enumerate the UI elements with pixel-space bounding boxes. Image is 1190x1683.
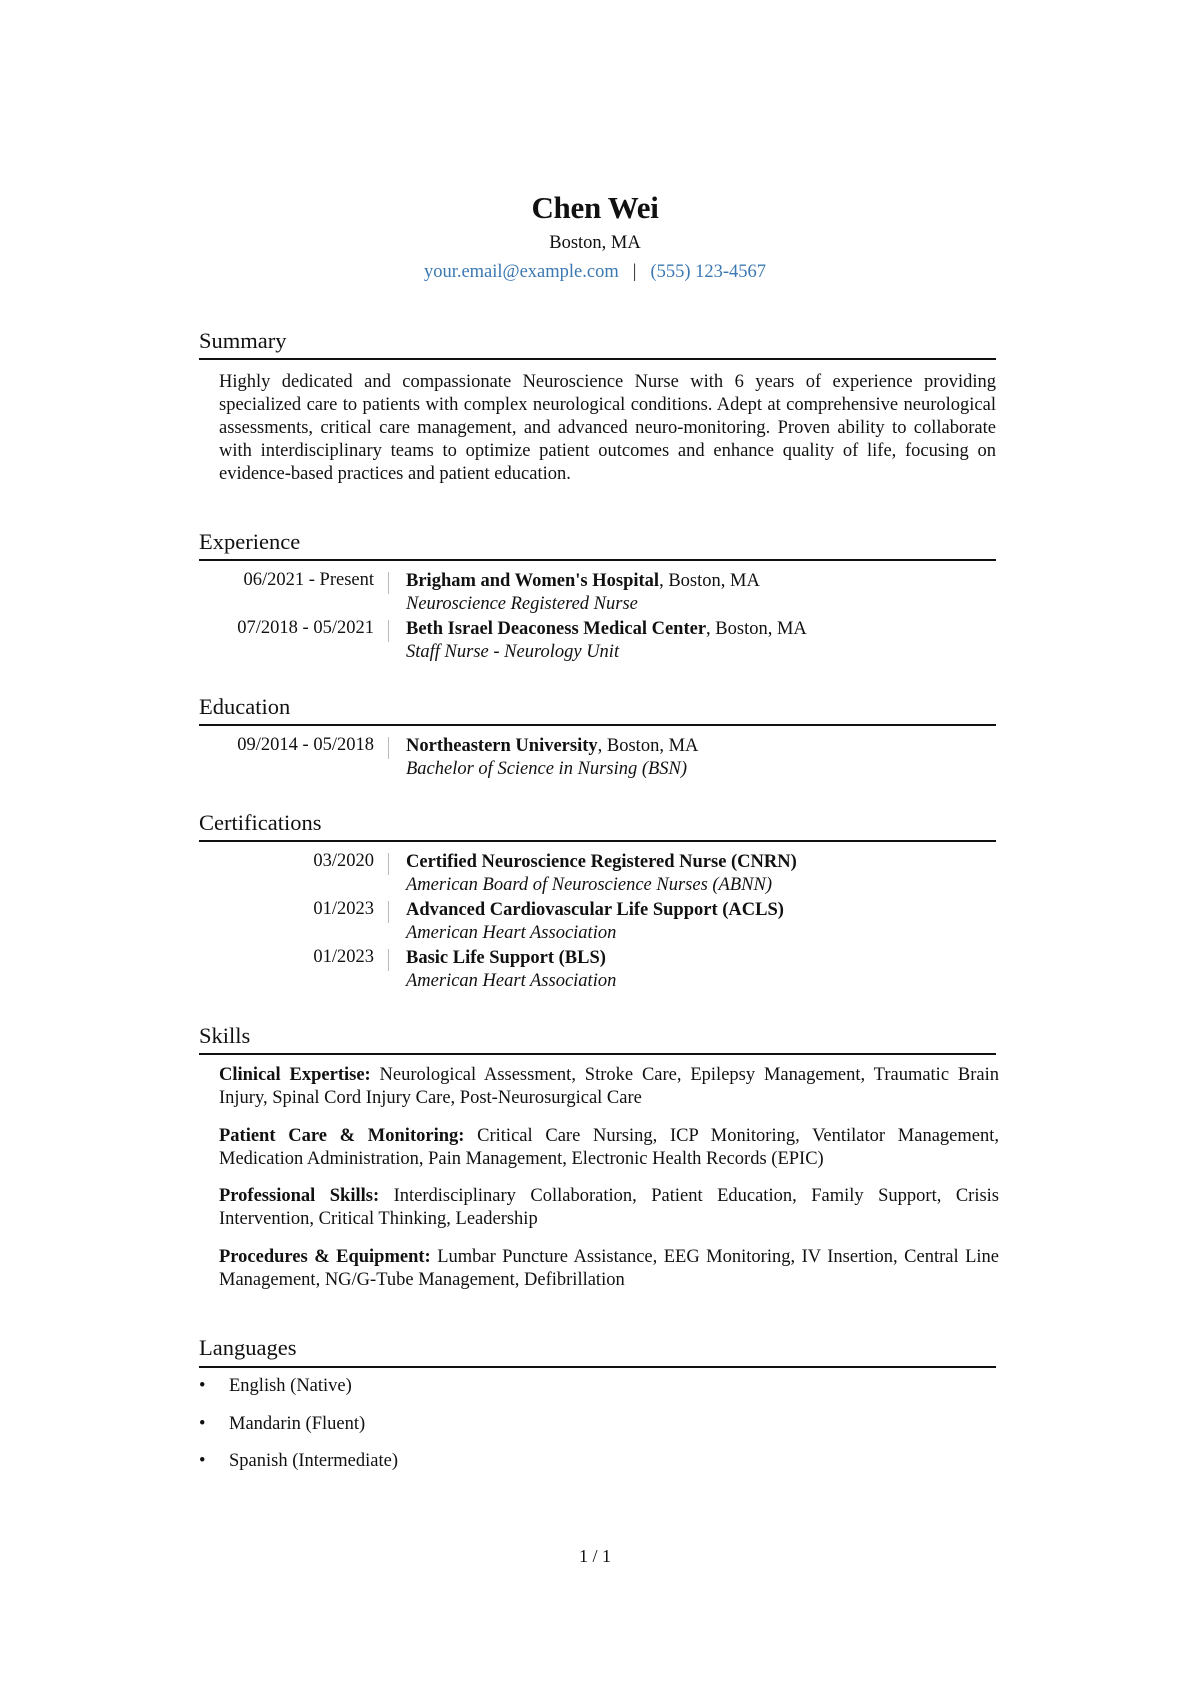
entry-location: , Boston, MA xyxy=(706,619,807,639)
entry-date: 01/2023 xyxy=(199,899,374,920)
section-rule xyxy=(199,358,996,360)
section-rule xyxy=(199,1053,996,1055)
entry-title: Beth Israel Deaconess Medical Center xyxy=(406,619,706,639)
entry-date: 06/2021 - Present xyxy=(199,570,374,591)
skill-label: Procedures & Equipment: xyxy=(219,1247,431,1267)
section-title-languages: Languages xyxy=(199,1335,296,1361)
entry-separator xyxy=(388,901,389,923)
entry-subtitle: American Board of Neuroscience Nurses (A… xyxy=(406,874,797,897)
entry-subtitle: American Heart Association xyxy=(406,970,616,993)
skill-group: Patient Care & Monitoring: Critical Care… xyxy=(219,1125,999,1171)
candidate-name: Chen Wei xyxy=(0,190,1190,226)
entry-body: Advanced Cardiovascular Life Support (AC… xyxy=(406,899,784,945)
phone-link[interactable]: (555) 123-4567 xyxy=(650,262,766,282)
entry-title: Brigham and Women's Hospital xyxy=(406,571,659,591)
language-label: English (Native) xyxy=(229,1376,352,1397)
skill-label: Patient Care & Monitoring: xyxy=(219,1126,464,1146)
section-title-certifications: Certifications xyxy=(199,810,321,836)
entry-body: Brigham and Women's Hospital, Boston, MA… xyxy=(406,570,760,616)
skill-group: Professional Skills: Interdisciplinary C… xyxy=(219,1185,999,1231)
entry-title: Basic Life Support (BLS) xyxy=(406,948,606,968)
section-rule xyxy=(199,1366,996,1368)
entry-separator xyxy=(388,620,389,642)
contact-line: your.email@example.com|(555) 123-4567 xyxy=(0,262,1190,283)
entry-date: 03/2020 xyxy=(199,851,374,872)
bullet-icon: • xyxy=(199,1376,205,1397)
entry-subtitle: Neuroscience Registered Nurse xyxy=(406,593,760,616)
entry-location: , Boston, MA xyxy=(598,736,699,756)
entry-separator xyxy=(388,853,389,875)
skill-group: Clinical Expertise: Neurological Assessm… xyxy=(219,1064,999,1110)
skill-label: Professional Skills: xyxy=(219,1186,379,1206)
candidate-location: Boston, MA xyxy=(0,233,1190,254)
skill-label: Clinical Expertise: xyxy=(219,1065,371,1085)
language-label: Spanish (Intermediate) xyxy=(229,1451,398,1472)
entry-heading: Basic Life Support (BLS) xyxy=(406,947,616,970)
entry-heading: Brigham and Women's Hospital, Boston, MA xyxy=(406,570,760,593)
entry-subtitle: Bachelor of Science in Nursing (BSN) xyxy=(406,758,698,781)
section-rule xyxy=(199,840,996,842)
summary-text: Highly dedicated and compassionate Neuro… xyxy=(219,371,996,486)
entry-subtitle: Staff Nurse - Neurology Unit xyxy=(406,641,807,664)
entry-date: 01/2023 xyxy=(199,947,374,968)
entry-title: Advanced Cardiovascular Life Support (AC… xyxy=(406,900,784,920)
section-title-experience: Experience xyxy=(199,529,300,555)
entry-body: Basic Life Support (BLS)American Heart A… xyxy=(406,947,616,993)
entry-body: Northeastern University, Boston, MABache… xyxy=(406,735,698,781)
contact-separator: | xyxy=(633,262,637,282)
entry-separator xyxy=(388,949,389,971)
entry-date: 07/2018 - 05/2021 xyxy=(199,618,374,639)
section-rule xyxy=(199,559,996,561)
entry-body: Beth Israel Deaconess Medical Center, Bo… xyxy=(406,618,807,664)
entry-subtitle: American Heart Association xyxy=(406,922,784,945)
entry-heading: Advanced Cardiovascular Life Support (AC… xyxy=(406,899,784,922)
entry-date: 09/2014 - 05/2018 xyxy=(199,735,374,756)
bullet-icon: • xyxy=(199,1451,205,1472)
section-title-skills: Skills xyxy=(199,1023,250,1049)
bullet-icon: • xyxy=(199,1414,205,1435)
entry-separator xyxy=(388,572,389,594)
entry-heading: Beth Israel Deaconess Medical Center, Bo… xyxy=(406,618,807,641)
skill-group: Procedures & Equipment: Lumbar Puncture … xyxy=(219,1246,999,1292)
entry-title: Certified Neuroscience Registered Nurse … xyxy=(406,852,797,872)
section-rule xyxy=(199,724,996,726)
entry-title: Northeastern University xyxy=(406,736,598,756)
entry-body: Certified Neuroscience Registered Nurse … xyxy=(406,851,797,897)
language-label: Mandarin (Fluent) xyxy=(229,1414,365,1435)
page-number: 1 / 1 xyxy=(0,1546,1190,1567)
email-link[interactable]: your.email@example.com xyxy=(424,262,619,282)
section-title-summary: Summary xyxy=(199,328,287,354)
entry-separator xyxy=(388,737,389,759)
entry-heading: Northeastern University, Boston, MA xyxy=(406,735,698,758)
entry-heading: Certified Neuroscience Registered Nurse … xyxy=(406,851,797,874)
entry-location: , Boston, MA xyxy=(659,571,760,591)
section-title-education: Education xyxy=(199,694,290,720)
